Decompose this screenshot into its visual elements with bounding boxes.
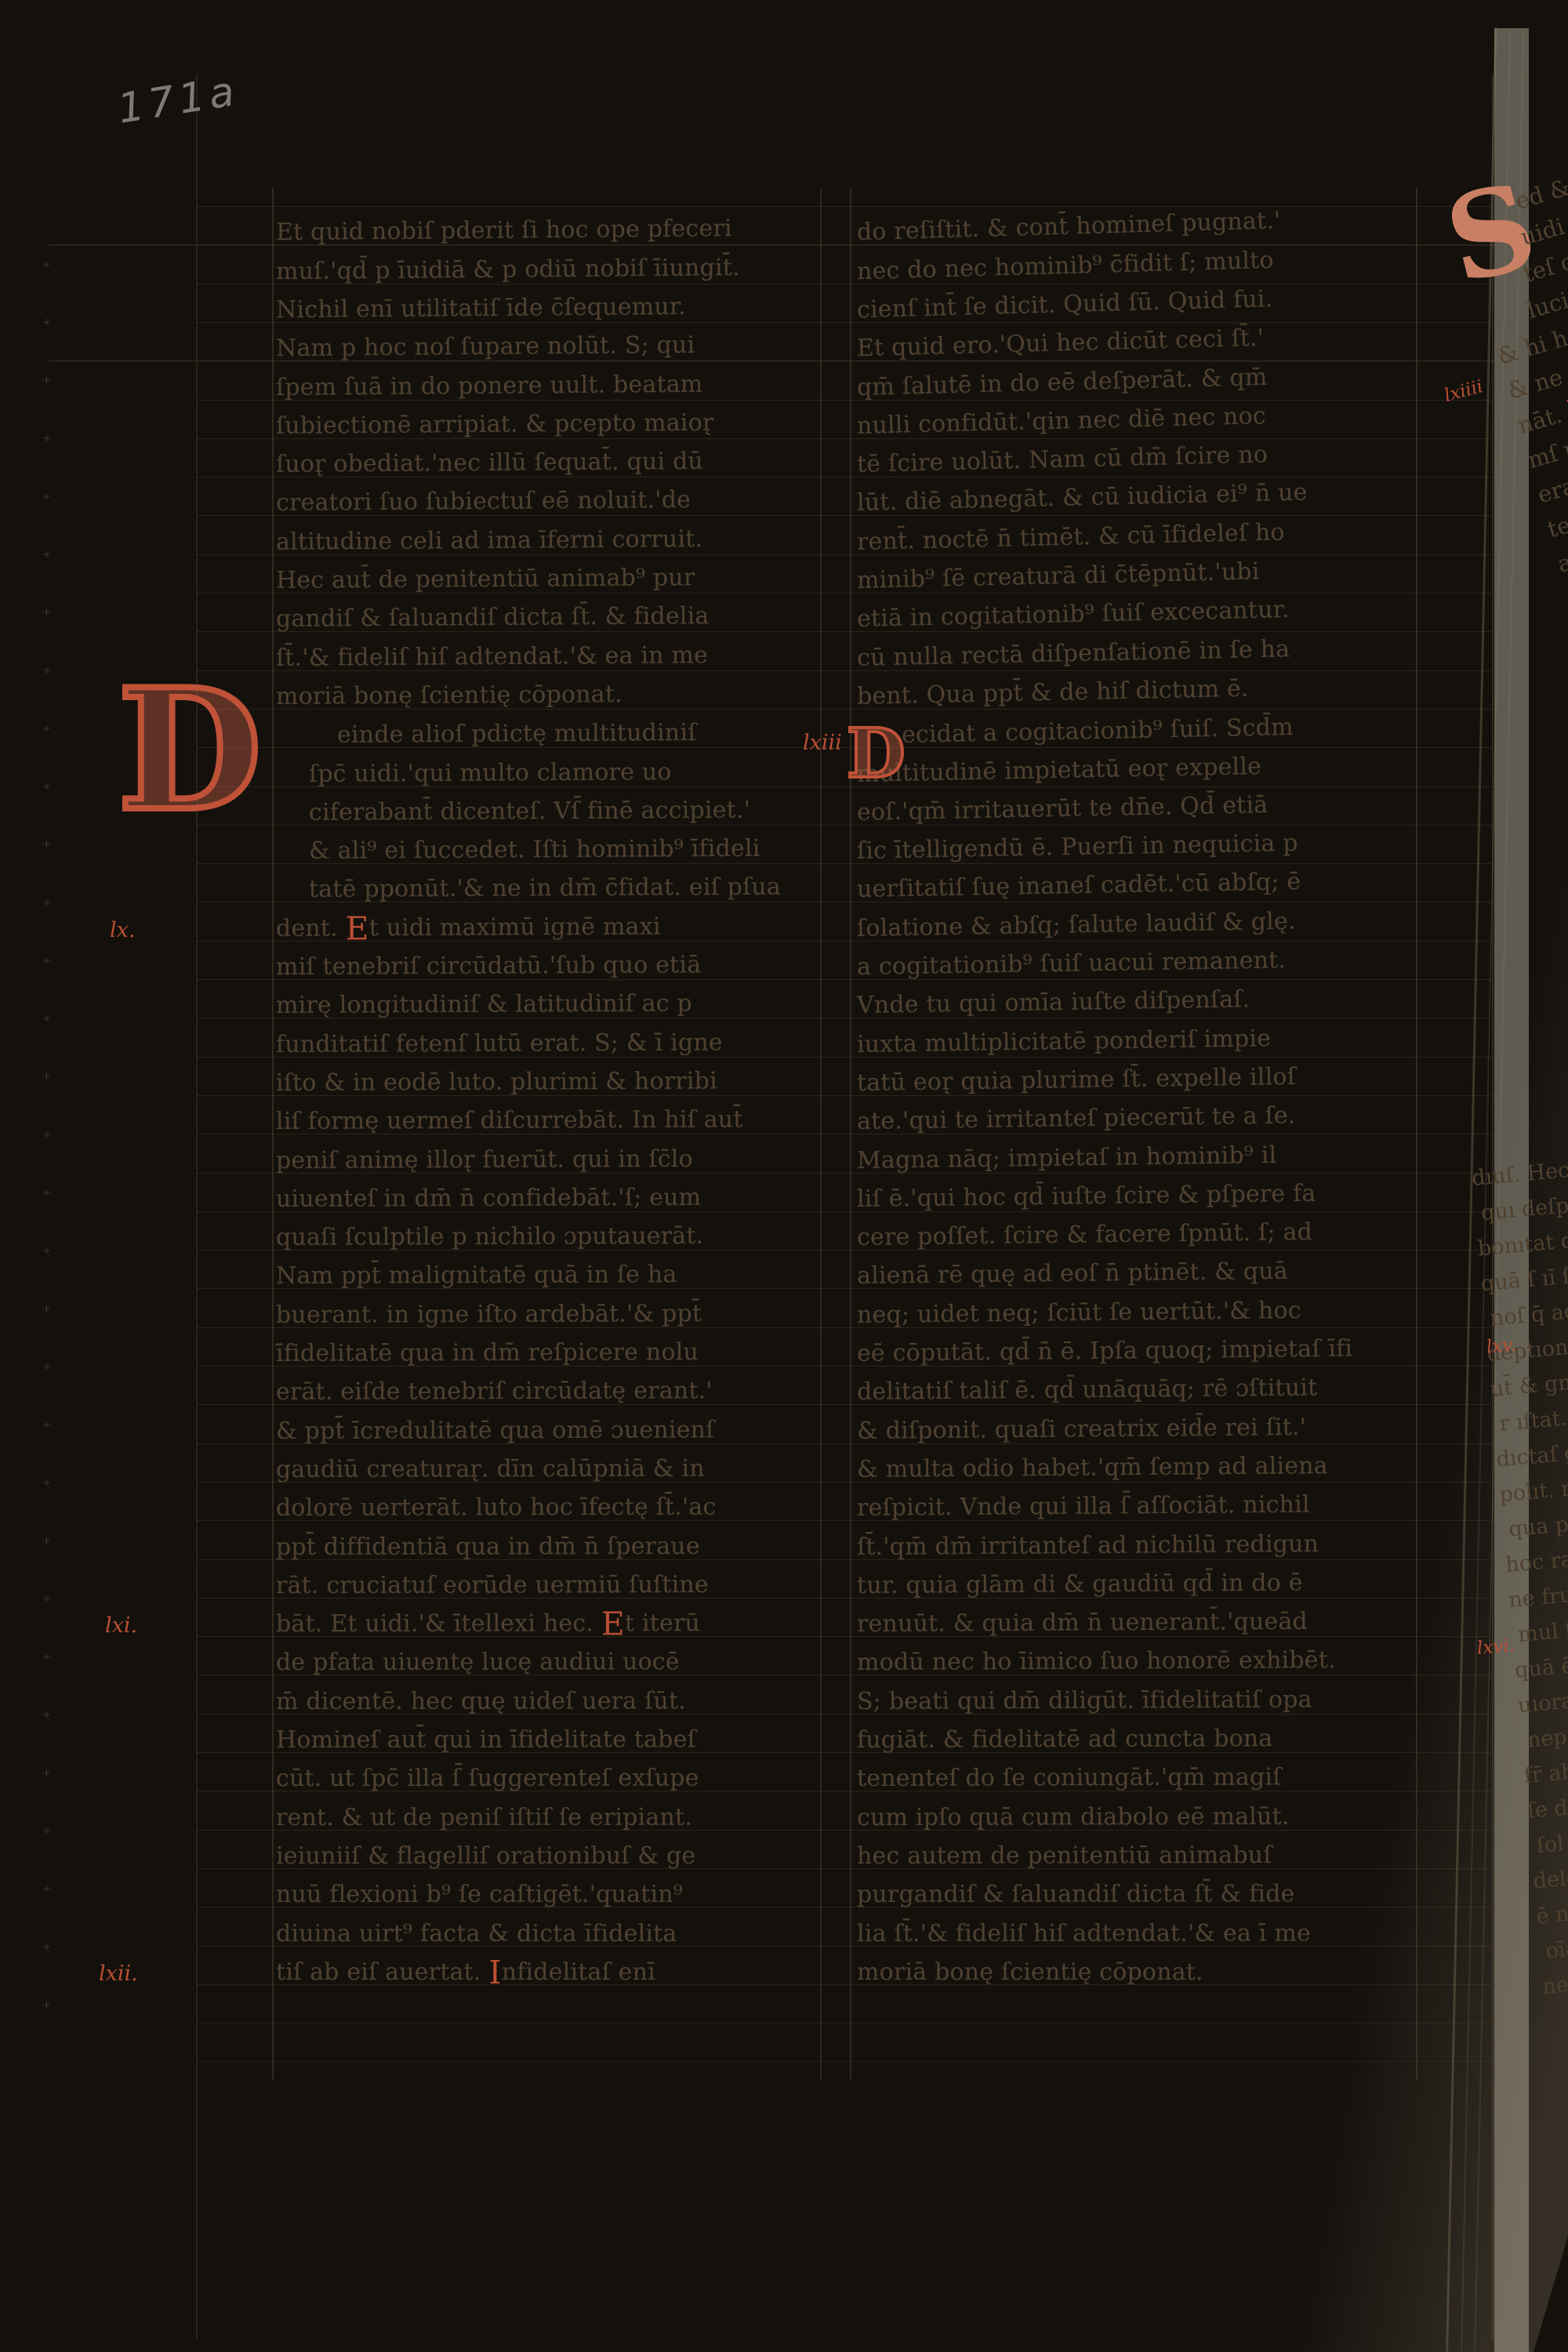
- text-line: ieiuniiſ & flagelliſ orationibuſ & ge: [276, 1842, 695, 1870]
- text-line: neq; uidet neq; ſciūt ſe uertūt.'& hoc: [857, 1297, 1301, 1329]
- text-line: tur. quia glām di & gaudiū qd̄ in do ē: [857, 1569, 1303, 1599]
- text-segment: hec autem de penitentiū animabuſ: [857, 1842, 1272, 1870]
- page-curvature-shade: [0, 0, 1568, 2352]
- text-line: quaſi ſculptile p nichilo ɔputauerāt.: [276, 1222, 703, 1251]
- text-line: rāt. cruciatuſ eorūde uermiū ſuſtine: [276, 1571, 709, 1599]
- decorated-initial-D-left: D: [118, 684, 262, 817]
- text-segment: Homineſ aut̄ qui in īfidelitate tabeſ: [276, 1726, 696, 1754]
- text-segment: Nichil enī utilitatiſ īde c̄ſequemur.: [276, 293, 686, 324]
- pricking-mark: +: [42, 1709, 51, 1721]
- rubricated-initial: I: [488, 1954, 501, 1991]
- text-segment: einde alioſ pdictę multitudiniſ: [337, 719, 697, 749]
- rubricated-initial: E: [601, 1605, 625, 1642]
- text-line: m̄ dicentē. hec quę uideſ uera ſūt.: [276, 1687, 686, 1715]
- text-segment: gandiſ & ſaluandiſ dicta ſt̄. & fidelia: [276, 603, 710, 633]
- text-line: tatē pponūt.'& ne in dm̄ c̄fidat. eiſ pſ…: [309, 873, 781, 903]
- pricking-mark: +: [42, 1593, 51, 1605]
- text-segment: ſpem ſuā in do ponere uult. beatam: [276, 370, 703, 401]
- text-line: ſuor̨ obediat.'nec illū ſequat̄. qui dū: [276, 448, 703, 478]
- text-line: ſt̄.'& fideliſ hiſ adtendat.'& ea in me: [276, 641, 708, 672]
- pricking-mark: +: [42, 1303, 51, 1315]
- text-line: S; beati qui dm̄ diligūt. īfidelitatiſ o…: [857, 1686, 1312, 1715]
- text-segment: & diſponit. quaſi creatrix eid̄e rei ſit…: [857, 1414, 1306, 1445]
- pricking-mark: +: [42, 317, 51, 328]
- text-segment: mirę longitudiniſ & latitudiniſ ac p: [276, 990, 692, 1020]
- text-segment: t uidi maximū ignē maxi: [369, 913, 661, 942]
- text-segment: ppt̄ diffidentiā qua in dm̄ n̄ ſperaue: [276, 1532, 700, 1560]
- text-line: ſubiectionē arripiat. & pcepto maior̨: [276, 409, 714, 440]
- text-segment: creatori ſuo ſubiectuſ eē noluit.'de: [276, 487, 691, 517]
- text-segment: Hec aut̄ de penitentiū animab⁹ pur: [276, 564, 695, 594]
- ruled-line: [49, 361, 1496, 361]
- pricking-mark: +: [42, 839, 51, 851]
- pricking-mark: +: [42, 1129, 51, 1141]
- text-segment: de pfata uiuentę lucę audiui uocē: [276, 1649, 680, 1677]
- text-segment: dolorē uerterāt. luto hoc īfectę ſt̄.'ac: [276, 1494, 717, 1522]
- text-line: delitatiſ taliſ ē. qd̄ unāquāq; rē ɔſtit…: [857, 1374, 1318, 1406]
- text-line: erāt. eiſde tenebriſ circūdatę erant.': [276, 1377, 713, 1406]
- text-line: lia ſt̄.'& fideliſ hiſ adtendat.'& ea ī …: [857, 1919, 1311, 1947]
- ruled-line-vertical: [196, 74, 198, 2340]
- text-line: uiuenteſ in dm̄ n̄ confidebāt.'ſ; eum: [276, 1184, 701, 1213]
- text-line: Homineſ aut̄ qui in īfidelitate tabeſ: [276, 1726, 696, 1754]
- text-line: mirę longitudiniſ & latitudiniſ ac p: [276, 990, 692, 1020]
- text-line: modū nec ho īimico ſuo honorē exhibēt.: [857, 1646, 1336, 1676]
- text-segment: iuxta multiplicitatē ponderiſ impie: [857, 1025, 1272, 1058]
- text-line: gandiſ & ſaluandiſ dicta ſt̄. & fidelia: [276, 603, 710, 633]
- text-segment: alienā rē quę ad eoſ n̄ ptinēt. & quā: [857, 1258, 1288, 1290]
- pricking-mark: +: [42, 549, 51, 561]
- ruled-line: [196, 2023, 1494, 2024]
- text-line: purgandiſ & ſaluandiſ dicta ſt̄ & fide: [857, 1881, 1295, 1909]
- chapter-number-gutter: lxiii: [803, 731, 842, 755]
- text-line: & diſponit. quaſi creatrix eid̄e rei ſit…: [857, 1414, 1306, 1445]
- text-line: einde alioſ pdictę multitudiniſ: [337, 719, 697, 749]
- text-segment: miſ tenebriſ circūdatū.'ſub quo etiā: [276, 951, 701, 981]
- text-line: rent. & ut de peniſ iſtiſ ſe eripiant.: [276, 1803, 692, 1831]
- text-line: iſto & in eodē luto. plurimi & horribi: [276, 1067, 717, 1097]
- text-segment: m̄ dicentē. hec quę uideſ uera ſūt.: [276, 1687, 686, 1715]
- text-line: fugiāt. & fidelitatē ad cuncta bona: [857, 1725, 1273, 1754]
- text-segment: uiuenteſ in dm̄ n̄ confidebāt.'ſ; eum: [276, 1184, 701, 1213]
- text-segment: liſ formę uermeſ diſcurrebāt. In hiſ aut…: [276, 1106, 743, 1135]
- text-segment: ſt̄.'qm̄ dm̄ irritanteſ ad nichilū redig…: [857, 1530, 1319, 1560]
- chapter-number-facing: lxvi.: [1476, 1635, 1515, 1658]
- pricking-mark: +: [42, 1013, 51, 1025]
- text-segment: Nam ppt̄ malignitatē quā in ſe ha: [276, 1261, 677, 1290]
- chapter-number-margin: lx.: [110, 918, 135, 942]
- text-segment: nuū flexioni b⁹ ſe caſtigēt.'quatin⁹: [276, 1881, 683, 1908]
- text-line: iuxta multiplicitatē ponderiſ impie: [857, 1025, 1272, 1058]
- text-segment: moriā bonę ſcientię cōponat.: [276, 681, 622, 710]
- manuscript-photo: 171a +++++++++++++++++++++++++++++++ Et …: [0, 0, 1568, 2352]
- text-line: miſ tenebriſ circūdatū.'ſub quo etiā: [276, 951, 701, 981]
- text-segment: tur. quia glām di & gaudiū qd̄ in do ē: [857, 1569, 1303, 1599]
- text-line: hec autem de penitentiū animabuſ: [857, 1842, 1272, 1870]
- text-segment: muſ.'qd̄ p īuidiā & p odiū nobiſ īiungit…: [276, 254, 740, 285]
- pricking-mark: +: [42, 1477, 51, 1489]
- pricking-mark: +: [42, 491, 51, 503]
- text-segment: modū nec ho īimico ſuo honorē exhibēt.: [857, 1646, 1336, 1676]
- text-line: Nam ppt̄ malignitatē quā in ſe ha: [276, 1261, 677, 1290]
- ruled-line-vertical: [820, 188, 822, 2079]
- text-segment: & multa odio habet.'qm̄ ſemp ad aliena: [857, 1452, 1328, 1483]
- text-segment: funditatiſ fetenſ lutū erat. S; & ī igne: [276, 1029, 723, 1058]
- text-segment: Magna nāq; impietaſ in hominib⁹ il: [857, 1141, 1277, 1174]
- pricking-mark: +: [42, 1941, 51, 1953]
- pricking-mark: +: [42, 1535, 51, 1547]
- text-segment: fugiāt. & fidelitatē ad cuncta bona: [857, 1725, 1273, 1754]
- pricking-mark: +: [42, 607, 51, 619]
- text-line: ppt̄ diffidentiā qua in dm̄ n̄ ſperaue: [276, 1532, 700, 1560]
- text-segment: purgandiſ & ſaluandiſ dicta ſt̄ & fide: [857, 1881, 1295, 1909]
- text-segment: t iterū: [625, 1610, 700, 1637]
- ruled-line-vertical: [272, 188, 274, 2079]
- rubricated-initial: E: [345, 909, 368, 947]
- text-line: moriā bonę ſcientię cōponat.: [857, 1958, 1203, 1986]
- text-segment: iſto & in eodē luto. plurimi & horribi: [276, 1067, 717, 1097]
- text-line: diuina uirt⁹ facta & dicta īfidelita: [276, 1919, 677, 1947]
- text-segment: nfidelitaſ enī: [502, 1958, 655, 1986]
- text-segment: delitatiſ taliſ ē. qd̄ unāquāq; rē ɔſtit…: [857, 1374, 1318, 1406]
- text-line: liſ formę uermeſ diſcurrebāt. In hiſ aut…: [276, 1106, 743, 1135]
- text-line: cere poſſet. ſcire & facere ſpnūt. ſ; ad: [857, 1218, 1312, 1251]
- pricking-mark: +: [42, 665, 51, 677]
- ruled-line: [196, 206, 1492, 207]
- text-line: peniſ animę illor̨ fuerūt. qui in ſc̄lo: [276, 1145, 693, 1174]
- text-line: cum ipſo quā cum diabolo eē malūt.: [857, 1802, 1290, 1831]
- pricking-mark: +: [42, 259, 51, 270]
- text-line: & ppt̄ īcredulitatē qua omē ɔuenienſ: [276, 1416, 715, 1445]
- text-segment: ſuor̨ obediat.'nec illū ſequat̄. qui dū: [276, 448, 703, 478]
- text-line: buerant. in igne iſto ardebāt.'& ppt̄: [276, 1300, 702, 1329]
- text-line: moriā bonę ſcientię cōponat.: [276, 681, 622, 710]
- text-segment: erāt. eiſde tenebriſ circūdatę erant.': [276, 1377, 713, 1406]
- chapter-number-margin: lxii.: [99, 1962, 138, 1986]
- text-segment: cum ipſo quā cum diabolo eē malūt.: [857, 1802, 1290, 1831]
- text-line: dent. Et uidi maximū ignē maxi: [276, 913, 661, 942]
- pricking-mark: +: [42, 1361, 51, 1373]
- text-segment: peniſ animę illor̨ fuerūt. qui in ſc̄lo: [276, 1145, 693, 1174]
- photo-background-top: [0, 0, 1568, 19]
- pricking-mark: +: [42, 1419, 51, 1431]
- text-segment: ſt̄.'& fideliſ hiſ adtendat.'& ea in me: [276, 641, 708, 672]
- text-line: funditatiſ fetenſ lutū erat. S; & ī igne: [276, 1029, 723, 1058]
- text-segment: tatē pponūt.'& ne in dm̄ c̄fidat. eiſ pſ…: [309, 873, 781, 903]
- text-line: Et quid nobiſ pderit ſi hoc ope pfeceri: [276, 215, 732, 246]
- text-line: Hec aut̄ de penitentiū animab⁹ pur: [276, 564, 695, 594]
- text-segment: moriā bonę ſcientię cōponat.: [857, 1958, 1203, 1986]
- text-segment: ciferabant̄ dicenteſ. Vſ̄ finē accipiet.…: [309, 797, 750, 826]
- text-segment: ſubiectionē arripiat. & pcepto maior̨: [276, 409, 714, 440]
- pricking-mark: +: [42, 433, 51, 445]
- text-segment: cere poſſet. ſcire & facere ſpnūt. ſ; ad: [857, 1218, 1312, 1251]
- text-line: Nichil enī utilitatiſ īde c̄ſequemur.: [276, 293, 686, 324]
- text-line: ſpem ſuā in do ponere uult. beatam: [276, 370, 703, 401]
- ruled-line-vertical: [1416, 188, 1417, 2079]
- text-line: īfidelitatē qua in dm̄ reſpicere nolu: [276, 1338, 699, 1367]
- pricking-mark: +: [42, 1651, 51, 1663]
- text-line: & multa odio habet.'qm̄ ſemp ad aliena: [857, 1452, 1328, 1483]
- pricking-mark: +: [42, 1245, 51, 1257]
- text-line: ſpc̄ uidi.'qui multo clamore uo: [309, 758, 672, 788]
- text-line: ſt̄.'qm̄ dm̄ irritanteſ ad nichilū redig…: [857, 1530, 1319, 1560]
- pricking-mark: +: [42, 1767, 51, 1779]
- text-segment: altitudine celi ad ima īferni corruit.: [276, 525, 702, 556]
- text-line: reſpicit. Vnde qui illa ſ̄ aſſociāt. nic…: [857, 1491, 1310, 1522]
- text-segment: renuūt. & quia dm̄ n̄ uenerant̄.'queād: [857, 1608, 1308, 1638]
- pricking-mark: +: [42, 723, 51, 735]
- text-line: dolorē uerterāt. luto hoc īfectę ſt̄.'ac: [276, 1494, 717, 1522]
- text-segment: rent. & ut de peniſ iſtiſ ſe eripiant.: [276, 1803, 692, 1831]
- decorated-initial-D-right: D: [847, 728, 906, 782]
- text-line: muſ.'qd̄ p īuidiā & p odiū nobiſ īiungit…: [276, 254, 740, 285]
- pricking-mark: +: [42, 1187, 51, 1199]
- ruled-line: [196, 2061, 1494, 2062]
- pricking-mark: +: [42, 1883, 51, 1895]
- text-segment: tiſ ab eiſ auertat.: [276, 1958, 488, 1986]
- text-line: bāt. Et uidi.'& ītellexi hec. Et iterū: [276, 1610, 700, 1638]
- text-line: nuū flexioni b⁹ ſe caſtigēt.'quatin⁹: [276, 1881, 683, 1908]
- text-segment: tenenteſ do ſe coniungāt.'qm̄ magiſ: [857, 1764, 1282, 1793]
- text-segment: & ppt̄ īcredulitatē qua omē ɔuenienſ: [276, 1416, 715, 1445]
- pricking-mark: +: [42, 781, 51, 793]
- text-segment: ieiuniiſ & flagelliſ orationibuſ & ge: [276, 1842, 695, 1870]
- pricking-mark: +: [42, 1999, 51, 2011]
- text-segment: S; beati qui dm̄ diligūt. īfidelitatiſ o…: [857, 1686, 1312, 1715]
- pricking-mark: +: [42, 1825, 51, 1837]
- pricking-mark: +: [42, 1071, 51, 1083]
- text-segment: buerant. in igne iſto ardebāt.'& ppt̄: [276, 1300, 702, 1329]
- text-segment: Nam p hoc noſ ſupare nolūt. S; qui: [276, 332, 695, 362]
- text-segment: bāt. Et uidi.'& ītellexi hec.: [276, 1610, 601, 1638]
- text-line: eē cōputāt. qd̄ n̄ ē. Ipſa quoq; impieta…: [857, 1335, 1353, 1367]
- text-line: ciferabant̄ dicenteſ. Vſ̄ finē accipiet.…: [309, 797, 750, 826]
- photo-background-top-right: [1423, 0, 1568, 28]
- text-segment: & ali⁹ ei ſuccedet. Iſti hominib⁹ īfidel…: [309, 835, 760, 865]
- text-segment: reſpicit. Vnde qui illa ſ̄ aſſociāt. nic…: [857, 1491, 1310, 1522]
- text-line: tenenteſ do ſe coniungāt.'qm̄ magiſ: [857, 1764, 1282, 1793]
- text-segment: rāt. cruciatuſ eorūde uermiū ſuſtine: [276, 1571, 709, 1599]
- ruled-line-vertical: [850, 188, 851, 2079]
- text-segment: ſpc̄ uidi.'qui multo clamore uo: [309, 758, 672, 788]
- text-segment: gaudiū creaturar̨. dīn calūpniā & in: [276, 1455, 705, 1483]
- text-segment: īfidelitatē qua in dm̄ reſpicere nolu: [276, 1338, 699, 1367]
- text-segment: quaſi ſculptile p nichilo ɔputauerāt.: [276, 1222, 703, 1251]
- text-line: creatori ſuo ſubiectuſ eē noluit.'de: [276, 487, 691, 517]
- text-line: altitudine celi ad ima īferni corruit.: [276, 525, 702, 556]
- text-line: cūt. ut ſpc̄ illa ſ̄ ſuggerenteſ exſupe: [276, 1765, 699, 1793]
- text-line: Magna nāq; impietaſ in hominib⁹ il: [857, 1141, 1277, 1174]
- text-segment: eē cōputāt. qd̄ n̄ ē. Ipſa quoq; impieta…: [857, 1335, 1353, 1367]
- text-segment: liſ ē.'qui hoc qd̄ iuſte ſcire & pſpere …: [857, 1180, 1316, 1213]
- text-segment: neq; uidet neq; ſciūt ſe uertūt.'& hoc: [857, 1297, 1301, 1329]
- text-segment: Et quid nobiſ pderit ſi hoc ope pfeceri: [276, 215, 732, 246]
- chapter-number-facing: lxv.: [1486, 1334, 1517, 1357]
- text-segment: cūt. ut ſpc̄ illa ſ̄ ſuggerenteſ exſupe: [276, 1765, 699, 1793]
- text-segment: diuina uirt⁹ facta & dicta īfidelita: [276, 1919, 677, 1947]
- text-segment: lia ſt̄.'& fideliſ hiſ adtendat.'& ea ī …: [857, 1919, 1311, 1947]
- text-line: tiſ ab eiſ auertat. Infidelitaſ enī: [276, 1958, 655, 1986]
- text-line: de pfata uiuentę lucę audiui uocē: [276, 1649, 680, 1677]
- pricking-mark: +: [42, 375, 51, 387]
- text-line: alienā rē quę ad eoſ n̄ ptinēt. & quā: [857, 1258, 1288, 1290]
- text-line: liſ ē.'qui hoc qd̄ iuſte ſcire & pſpere …: [857, 1180, 1316, 1213]
- pricking-mark: +: [42, 955, 51, 967]
- chapter-number-margin: lxi.: [105, 1613, 137, 1638]
- text-segment: dent.: [276, 914, 346, 942]
- pricking-mark: +: [42, 897, 51, 909]
- text-line: & ali⁹ ei ſuccedet. Iſti hominib⁹ īfidel…: [309, 835, 760, 865]
- ruled-line: [49, 245, 1496, 245]
- text-line: gaudiū creaturar̨. dīn calūpniā & in: [276, 1455, 705, 1483]
- text-line: Nam p hoc noſ ſupare nolūt. S; qui: [276, 332, 695, 362]
- text-line: renuūt. & quia dm̄ n̄ uenerant̄.'queād: [857, 1608, 1308, 1638]
